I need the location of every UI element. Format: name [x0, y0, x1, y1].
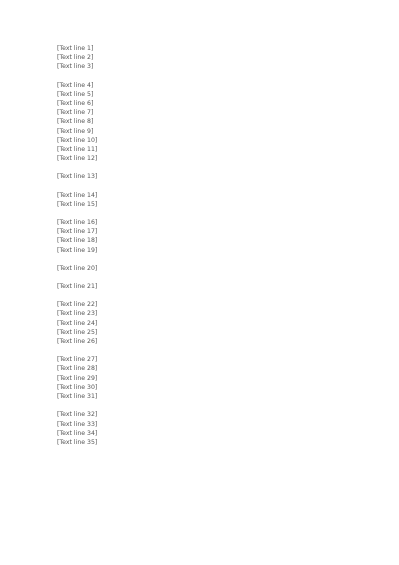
text-line: [Text line 21] — [57, 282, 347, 291]
paragraph: [Text line 22] [Text line 23] [Text line… — [57, 300, 347, 346]
paragraph: [Text line 1] [Text line 2] [Text line 3… — [57, 44, 347, 72]
text-line: [Text line 23] — [57, 309, 347, 318]
paragraph: [Text line 27] [Text line 28] [Text line… — [57, 355, 347, 401]
text-line: [Text line 12] — [57, 154, 347, 163]
text-line: [Text line 15] — [57, 200, 347, 209]
paragraph: [Text line 21] — [57, 282, 347, 291]
text-line: [Text line 30] — [57, 383, 347, 392]
text-line: [Text line 27] — [57, 355, 347, 364]
text-line: [Text line 5] — [57, 90, 347, 99]
document-body: [Text line 1] [Text line 2] [Text line 3… — [57, 44, 347, 456]
text-line: [Text line 34] — [57, 429, 347, 438]
paragraph: [Text line 20] — [57, 264, 347, 273]
text-line: [Text line 35] — [57, 438, 347, 447]
text-line: [Text line 13] — [57, 172, 347, 181]
text-line: [Text line 1] — [57, 44, 347, 53]
text-line: [Text line 17] — [57, 227, 347, 236]
text-line: [Text line 4] — [57, 81, 347, 90]
text-line: [Text line 10] — [57, 136, 347, 145]
text-line: [Text line 2] — [57, 53, 347, 62]
text-line: [Text line 28] — [57, 364, 347, 373]
text-line: [Text line 32] — [57, 410, 347, 419]
text-line: [Text line 33] — [57, 420, 347, 429]
text-line: [Text line 31] — [57, 392, 347, 401]
paragraph: [Text line 4] [Text line 5] [Text line 6… — [57, 81, 347, 164]
text-line: [Text line 19] — [57, 246, 347, 255]
text-line: [Text line 22] — [57, 300, 347, 309]
text-line: [Text line 18] — [57, 236, 347, 245]
text-line: [Text line 25] — [57, 328, 347, 337]
text-line: [Text line 14] — [57, 191, 347, 200]
text-line: [Text line 26] — [57, 337, 347, 346]
text-line: [Text line 9] — [57, 127, 347, 136]
text-line: [Text line 6] — [57, 99, 347, 108]
text-line: [Text line 16] — [57, 218, 347, 227]
text-line: [Text line 3] — [57, 62, 347, 71]
text-line: [Text line 11] — [57, 145, 347, 154]
paragraph: [Text line 13] — [57, 172, 347, 181]
text-line: [Text line 8] — [57, 117, 347, 126]
text-line: [Text line 24] — [57, 319, 347, 328]
paragraph: [Text line 14] [Text line 15] — [57, 191, 347, 209]
text-line: [Text line 7] — [57, 108, 347, 117]
text-line: [Text line 29] — [57, 374, 347, 383]
paragraph: [Text line 16] [Text line 17] [Text line… — [57, 218, 347, 255]
text-line: [Text line 20] — [57, 264, 347, 273]
paragraph: [Text line 32] [Text line 33] [Text line… — [57, 410, 347, 447]
